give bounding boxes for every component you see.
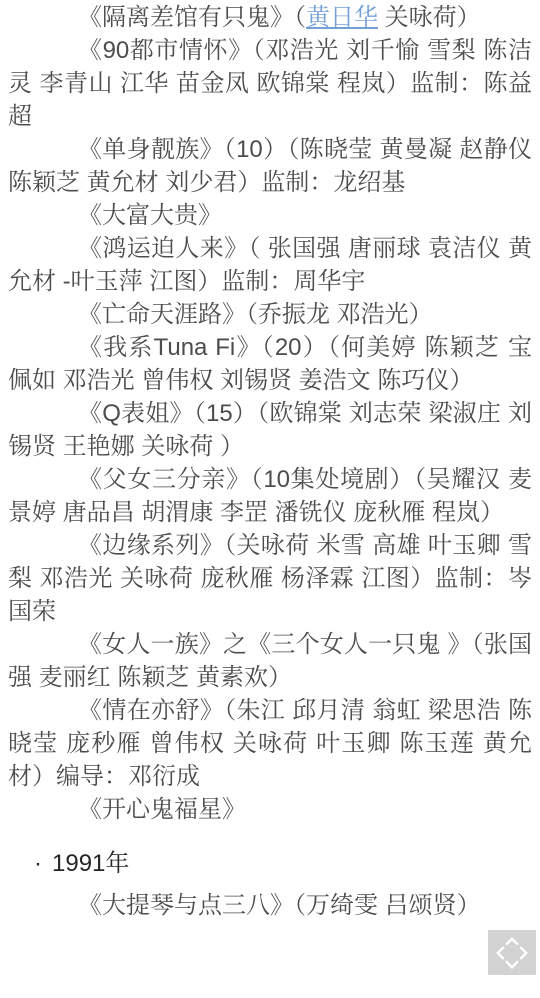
filmography-entry: 《大提琴与点三八》（万绮雯 吕颂贤） <box>8 889 532 922</box>
filmography-entry: 《90都市情怀》（邓浩光 刘千愉 雪梨 陈洁灵 李青山 江华 苗金凤 欧锦棠 程… <box>8 34 532 133</box>
entry-text: 《大提琴与点三八》（万绮雯 吕颂贤） <box>78 892 481 919</box>
filmography-entry: 《亡命天涯路》（乔振龙 邓浩光） <box>8 298 532 331</box>
filmography-entry: 《父女三分亲》（10集处境剧）（吴耀汉 麦景婷 唐品昌 胡渭康 李罡 潘铣仪 庞… <box>8 463 532 529</box>
entry-text: 《父女三分亲》（10集处境剧）（吴耀汉 麦景婷 唐品昌 胡渭康 李罡 潘铣仪 庞… <box>8 466 532 526</box>
year-label: 1991年 <box>52 850 129 877</box>
filmography-entry: 《大富大贵》 <box>8 199 532 232</box>
filmography-entry: 《单身靓族》（10）（陈晓莹 黄曼凝 赵静仪 陈颖芝 黄允材 刘少君）监制：龙绍… <box>8 133 532 199</box>
filmography-list: 《隔离差馆有只鬼》（黄日华 关咏荷）《90都市情怀》（邓浩光 刘千愉 雪梨 陈洁… <box>0 0 540 922</box>
filmography-entry: 《鸿运迫人来》（ 张国强 唐丽球 袁洁仪 黄允材 -叶玉萍 江图）监制：周华宇 <box>8 232 532 298</box>
entry-text: 《大富大贵》 <box>78 202 222 229</box>
entry-text: 关咏荷） <box>378 4 481 31</box>
entry-text: 《亡命天涯路》（乔振龙 邓浩光） <box>78 301 433 328</box>
scroll-nav-button[interactable] <box>488 930 536 975</box>
entry-text: 《单身靓族》（10）（陈晓莹 黄曼凝 赵静仪 陈颖芝 黄允材 刘少君）监制：龙绍… <box>8 136 532 196</box>
entry-text: 《90都市情怀》（邓浩光 刘千愉 雪梨 陈洁灵 李青山 江华 苗金凤 欧锦棠 程… <box>8 37 532 130</box>
entry-text: 《开心鬼福星》 <box>78 796 246 823</box>
entry-text: 《鸿运迫人来》（ 张国强 唐丽球 袁洁仪 黄允材 -叶玉萍 江图）监制：周华宇 <box>8 235 532 295</box>
entry-text: 《隔离差馆有只鬼》（ <box>78 4 306 31</box>
filmography-entry: 《开心鬼福星》 <box>8 793 532 826</box>
filmography-entry: 《边缘系列》（关咏荷 米雪 高雄 叶玉卿 雪梨 邓浩光 关咏荷 庞秋雁 杨泽霖 … <box>8 529 532 628</box>
filmography-entry: 《我系Tuna Fi》（20）（何美婷 陈颖芝 宝佩如 邓浩光 曾伟权 刘锡贤 … <box>8 331 532 397</box>
person-link[interactable]: 黄日华 <box>306 4 378 31</box>
filmography-entry: 《隔离差馆有只鬼》（黄日华 关咏荷） <box>8 1 532 34</box>
entry-text: 《边缘系列》（关咏荷 米雪 高雄 叶玉卿 雪梨 邓浩光 关咏荷 庞秋雁 杨泽霖 … <box>8 532 532 625</box>
filmography-entry: 《情在亦舒》（朱江 邱月清 翁虹 梁思浩 陈晓莹 庞秒雁 曾伟权 关咏荷 叶玉卿… <box>8 694 532 793</box>
year-heading: ·1991年 <box>8 847 532 880</box>
entry-text: 《女人一族》之《三个女人一只鬼 》（张国强 麦丽红 陈颖芝 黄素欢） <box>8 631 532 691</box>
four-way-arrows-icon <box>494 935 530 971</box>
entry-text: 《我系Tuna Fi》（20）（何美婷 陈颖芝 宝佩如 邓浩光 曾伟权 刘锡贤 … <box>8 334 532 394</box>
list-bullet: · <box>34 847 42 880</box>
filmography-entry: 《Q表姐》（15）（欧锦棠 刘志荣 梁淑庄 刘锡贤 王艳娜 关咏荷 ） <box>8 397 532 463</box>
filmography-entry: 《女人一族》之《三个女人一只鬼 》（张国强 麦丽红 陈颖芝 黄素欢） <box>8 628 532 694</box>
entry-text: 《情在亦舒》（朱江 邱月清 翁虹 梁思浩 陈晓莹 庞秒雁 曾伟权 关咏荷 叶玉卿… <box>8 697 532 790</box>
entry-text: 《Q表姐》（15）（欧锦棠 刘志荣 梁淑庄 刘锡贤 王艳娜 关咏荷 ） <box>8 400 532 460</box>
